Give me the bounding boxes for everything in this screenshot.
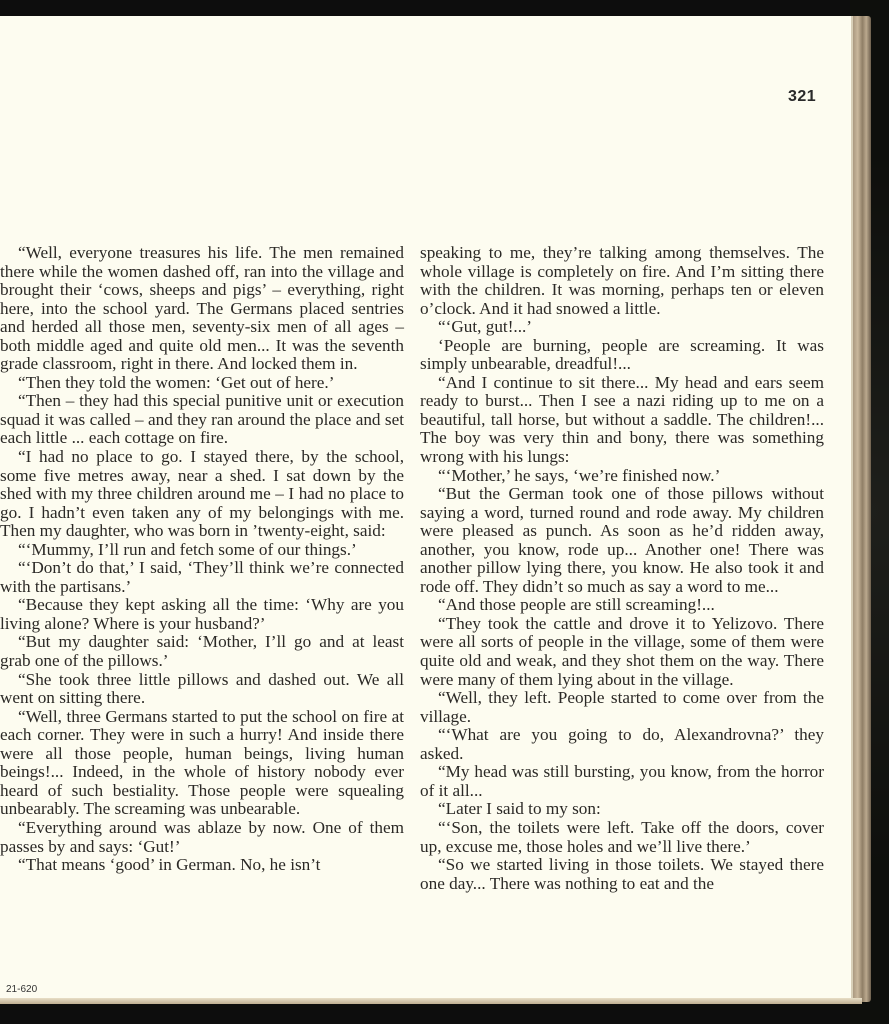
paragraph: “Well, everyone treasures his life. The … [0,244,404,374]
paragraph: “So we started living in those toilets. … [420,856,824,893]
paragraph-continuation: speaking to me, they’re talking among th… [420,244,824,318]
paragraph: “Because they kept asking all the time: … [0,596,404,633]
paragraph: “‘Mummy, I’ll run and fetch some of our … [0,541,404,560]
paragraph: “Everything around was ablaze by now. On… [0,819,404,856]
paragraph: “My head was still bursting, you know, f… [420,763,824,800]
printer-signature-mark: 21-620 [6,984,37,995]
page-number: 321 [788,88,816,106]
paragraph: “And those people are still screaming!..… [420,596,824,615]
book-page: 321 “Well, everyone treasures his life. … [0,16,853,1000]
paragraph: “‘What are you going to do, Alexandrovna… [420,726,824,763]
paragraph: “Well, they left. People started to come… [420,689,824,726]
paragraph: “‘Don’t do that,’ I said, ‘They’ll think… [0,559,404,596]
paragraph: “‘Mother,’ he says, ‘we’re finished now.… [420,467,824,486]
paragraph: “Later I said to my son: [420,800,824,819]
paragraph: “‘Gut, gut!...’ [420,318,824,337]
left-text-column: “Well, everyone treasures his life. The … [0,244,404,875]
paragraph: “And I continue to sit there... My head … [420,374,824,467]
paragraph: ‘People are burning, people are screamin… [420,337,824,374]
paragraph: “She took three little pillows and dashe… [0,671,404,708]
page-bottom-edge [0,998,862,1004]
right-text-column: speaking to me, they’re talking among th… [420,244,824,893]
paragraph: “‘Son, the toilets were left. Take off t… [420,819,824,856]
page-stack-edge [852,16,871,1002]
paragraph: “Then they told the women: ‘Get out of h… [0,374,404,393]
paragraph: “But my daughter said: ‘Mother, I’ll go … [0,633,404,670]
paragraph: “Then – they had this special punitive u… [0,392,404,448]
paragraph: “But the German took one of those pillow… [420,485,824,596]
paragraph: “They took the cattle and drove it to Ye… [420,615,824,689]
paragraph: “Well, three Germans started to put the … [0,708,404,819]
paragraph: “That means ‘good’ in German. No, he isn… [0,856,404,875]
paragraph: “I had no place to go. I stayed there, b… [0,448,404,541]
